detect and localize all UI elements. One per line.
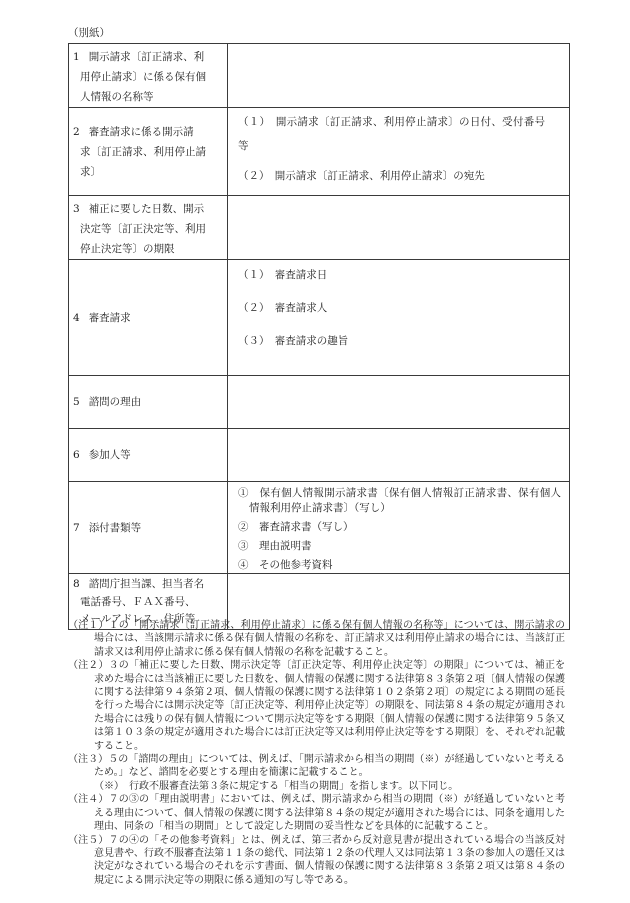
note-text: ３の「補正に要した日数、開示決定等〔訂正決定等、利用停止決定等〕の期限」について…	[94, 660, 565, 751]
note-text: ５の「諮問の理由」については、例えば、「開示請求から相当の期間（※）が経過してい…	[94, 754, 565, 778]
row-2-content-cell: （１） 開示請求〔訂正請求、利用停止請求〕の日付、受付番号等 （２） 開示請求〔…	[228, 108, 570, 196]
row-4-content-cell: （１） 審査請求日 （２） 審査請求人 （３） 審査請求の趣旨	[228, 260, 570, 376]
content-item: ② 審査請求書（写し）	[238, 520, 561, 535]
row-title: 諮問の理由	[89, 396, 142, 408]
row-title: 補正に要した日数、開示 決定等〔訂正決定等、利用 停止決定等〕の期限	[80, 203, 206, 255]
row-number: 4	[73, 312, 80, 324]
content-item: （１） 審査請求日	[238, 267, 563, 283]
row-title: 審査請求に係る開示請 求〔訂正請求、利用停止請 求〕	[80, 126, 206, 178]
note-3-reference-line: （※） 行政不服審査法第３条に規定する「相当の期間」を指します。以下同じ。	[94, 780, 565, 793]
row-title: 添付書類等	[89, 522, 142, 534]
content-item: ① 保有個人情報開示請求書〔保有個人情報訂正請求書、保有個人情報利用停止請求書〕…	[238, 486, 561, 516]
row-number: 8	[73, 578, 80, 590]
note-4: （注４）７の③の「理由説明書」においては、例えば、開示請求から相当の期間（※）が…	[68, 793, 565, 833]
note-5: （注５）７の④の「その他参考資料」とは、例えば、第三者から反対意見書が提出されて…	[68, 834, 565, 888]
row-7-title-cell: 7添付書類等	[69, 482, 228, 574]
table-row-5: 5諮問の理由	[69, 376, 570, 429]
note-label: （注３）	[68, 754, 108, 765]
table-row-3: 3補正に要した日数、開示 決定等〔訂正決定等、利用 停止決定等〕の期限	[69, 196, 570, 260]
note-label: （注５）	[68, 835, 109, 846]
note-2: （注２）３の「補正に要した日数、開示決定等〔訂正決定等、利用停止決定等〕の期限」…	[68, 659, 565, 753]
note-label: （注１）	[68, 620, 109, 631]
note-label: （注２）	[68, 660, 109, 671]
row-3-title-cell: 3補正に要した日数、開示 決定等〔訂正決定等、利用 停止決定等〕の期限	[69, 196, 228, 260]
note-text: ７の④の「その他参考資料」とは、例えば、第三者から反対意見書が提出されている場合…	[94, 835, 565, 886]
row-2-title-cell: 2審査請求に係る開示請 求〔訂正請求、利用停止請 求〕	[69, 108, 228, 196]
content-item: ③ 理由説明書	[238, 539, 561, 554]
row-number: 1	[73, 51, 80, 63]
row-number: 5	[73, 396, 80, 408]
row-number: 3	[73, 203, 80, 215]
table-row-4: 4審査請求 （１） 審査請求日 （２） 審査請求人 （３） 審査請求の趣旨	[69, 260, 570, 376]
note-1: （注１）１の「開示請求〔訂正請求、利用停止請求〕に係る保有個人情報の名称等」につ…	[68, 619, 565, 659]
attachment-label: （別紙）	[68, 25, 110, 40]
row-number: 2	[73, 126, 80, 138]
row-1-title-cell: 1開示請求〔訂正請求、利 用停止請求〕に係る保有個 人情報の名称等	[69, 44, 228, 108]
row-7-content-cell: ① 保有個人情報開示請求書〔保有個人情報訂正請求書、保有個人情報利用停止請求書〕…	[228, 482, 570, 574]
note-3: （注３）５の「諮問の理由」については、例えば、「開示請求から相当の期間（※）が経…	[68, 753, 565, 793]
content-item: （２） 審査請求人	[238, 300, 563, 316]
row-title: 審査請求	[89, 312, 131, 324]
row-title: 諮問庁担当課、担当者名 電話番号、ＦＡＸ番号、 メールアドレス、住所等	[80, 578, 204, 625]
content-item: （２） 開示請求〔訂正請求、利用停止請求〕の宛先	[238, 164, 545, 188]
row-number: 7	[73, 522, 80, 534]
row-6-title-cell: 6参加人等	[69, 429, 228, 482]
detail-table: 1開示請求〔訂正請求、利 用停止請求〕に係る保有個 人情報の名称等 2審査請求に…	[68, 43, 570, 630]
row-title: 開示請求〔訂正請求、利 用停止請求〕に係る保有個 人情報の名称等	[80, 51, 206, 103]
notes-section: （注１）１の「開示請求〔訂正請求、利用停止請求〕に係る保有個人情報の名称等」につ…	[68, 619, 565, 887]
row-1-content-cell	[228, 44, 570, 108]
document-page: { "document": { "header_label": "（別紙）" }…	[0, 0, 630, 903]
row-6-content-cell	[228, 429, 570, 482]
note-text: １の「開示請求〔訂正請求、利用停止請求〕に係る保有個人情報の名称等」については、…	[94, 620, 565, 658]
table-row-2: 2審査請求に係る開示請 求〔訂正請求、利用停止請 求〕 （１） 開示請求〔訂正請…	[69, 108, 570, 196]
row-5-content-cell	[228, 376, 570, 429]
note-label: （注４）	[68, 794, 109, 805]
table-row-1: 1開示請求〔訂正請求、利 用停止請求〕に係る保有個 人情報の名称等	[69, 44, 570, 108]
row-4-title-cell: 4審査請求	[69, 260, 228, 376]
row-5-title-cell: 5諮問の理由	[69, 376, 228, 429]
note-text: ７の③の「理由説明書」においては、例えば、開示請求から相当の期間（※）が経過して…	[94, 794, 565, 832]
content-item: （３） 審査請求の趣旨	[238, 333, 563, 349]
table-row-7: 7添付書類等 ① 保有個人情報開示請求書〔保有個人情報訂正請求書、保有個人情報利…	[69, 482, 570, 574]
content-item: ④ その他参考資料	[238, 558, 561, 573]
content-item: （１） 開示請求〔訂正請求、利用停止請求〕の日付、受付番号等	[238, 110, 545, 158]
table-row-6: 6参加人等	[69, 429, 570, 482]
row-title: 参加人等	[89, 449, 131, 461]
row-3-content-cell	[228, 196, 570, 260]
row-number: 6	[73, 449, 80, 461]
